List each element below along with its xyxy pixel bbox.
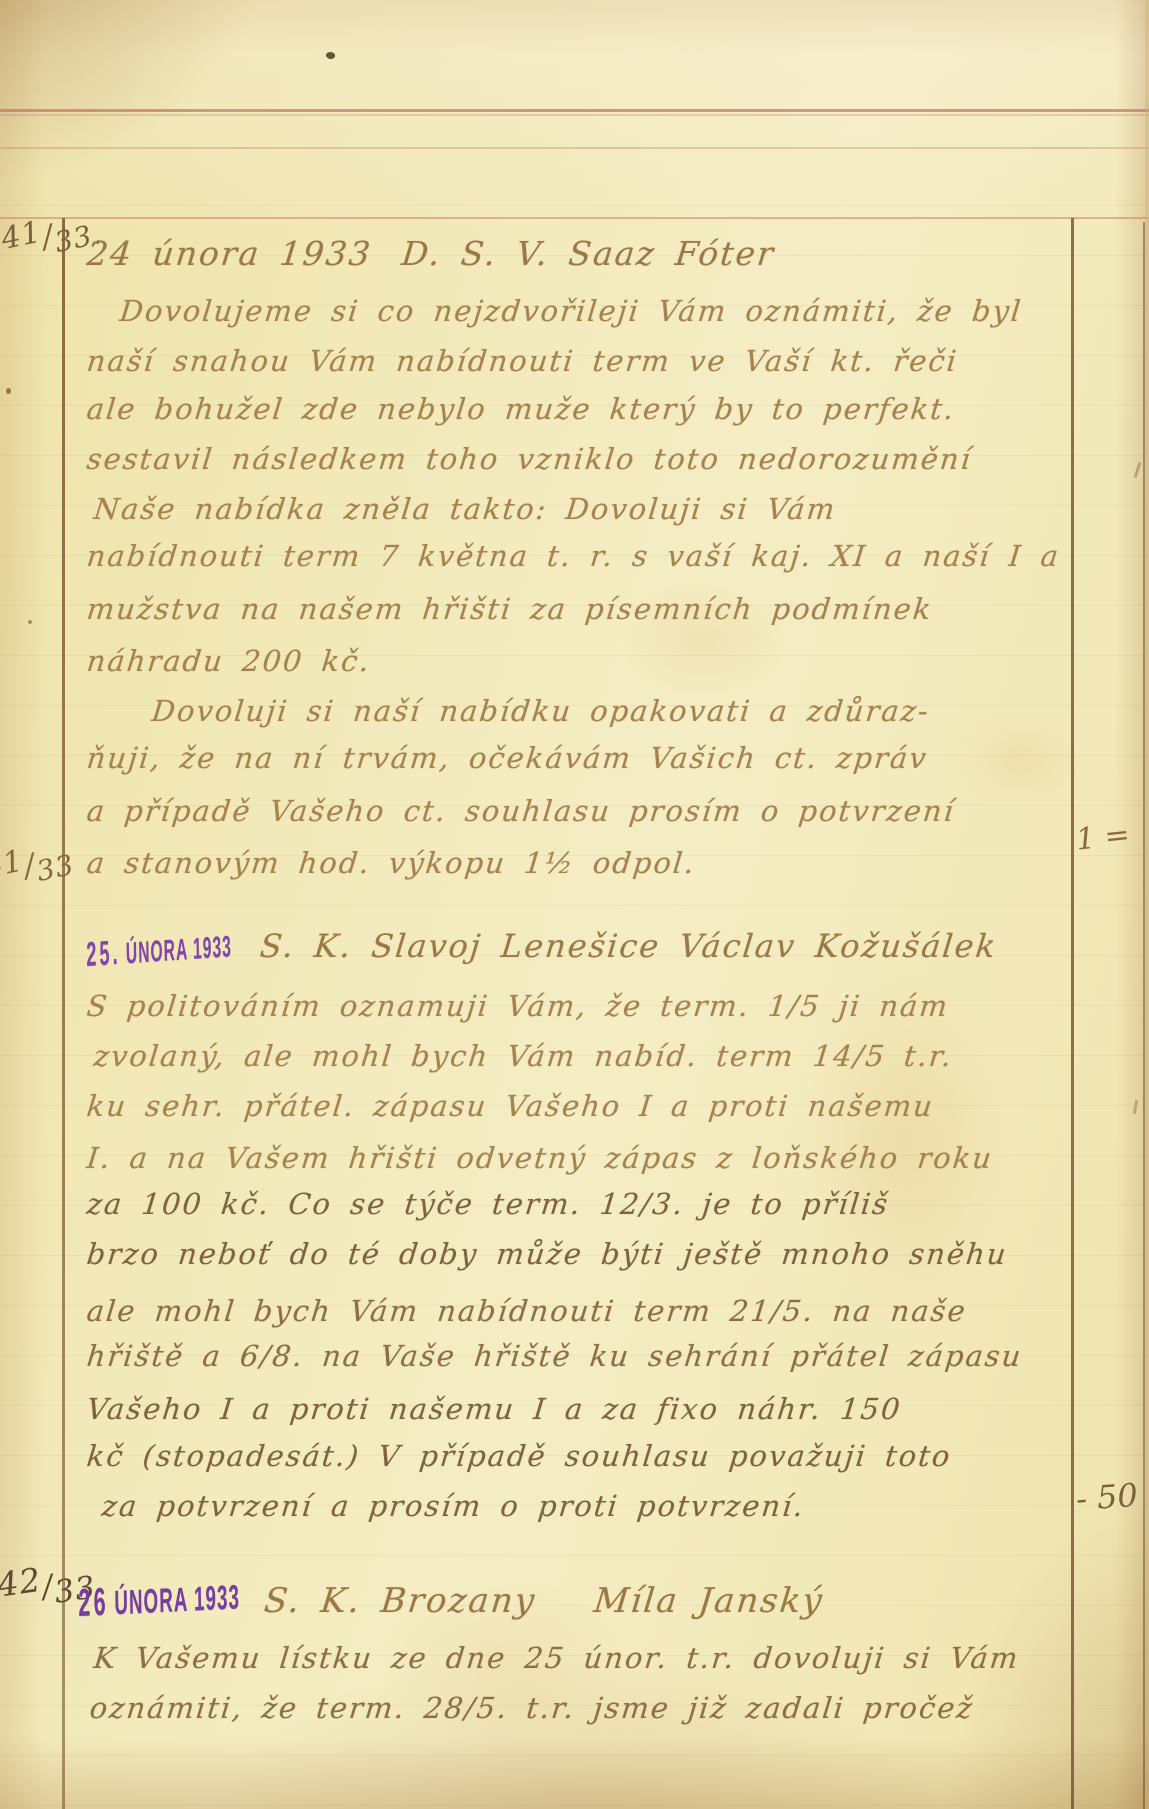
handwritten-line: naší snahou Vám nabídnouti term ve Vaší … [85, 343, 960, 379]
handwritten-line: za 100 kč. Co se týče term. 12/3. je to … [85, 1186, 891, 1222]
top-rule-line [0, 109, 1149, 112]
handwritten-line: zvolaný, ale mohl bych Vám nabíd. term 1… [92, 1038, 955, 1074]
entry3-heading-line: S. K. BrozanyMíla Janský [262, 1580, 826, 1623]
stamp-day: 25. [86, 934, 121, 974]
paper-top-tint [0, 0, 1149, 225]
handwritten-line: hřiště a 6/8. na Vaše hřiště ku sehrání … [85, 1338, 1024, 1374]
handwritten-line: S politováním oznamuji Vám, že term. 1/5… [85, 988, 951, 1024]
entry3-person: Míla Janský [592, 1581, 826, 1621]
entry1-date: 24 února 1933 [85, 234, 374, 273]
date-stamp-26-unora-1933: 26ÚNORA 1933 [78, 1574, 240, 1626]
handwritten-line: za potvrzení a prosím o proti potvrzení. [100, 1488, 807, 1524]
handwritten-line: a stanovým hod. výkopu 1½ odpol. [85, 845, 697, 881]
handwritten-line: sestavil následkem toho vzniklo toto ned… [85, 441, 974, 477]
second-rule-line [0, 147, 1149, 149]
top-rule-line-shadow [0, 114, 1149, 116]
edge-pen-mark [1133, 1100, 1138, 1114]
handwritten-line: kč (stopadesát.) V případě souhlasu pova… [85, 1438, 953, 1474]
entry2-heading-line: S. K. Slavoj Lenešice Václav Kožušálek [258, 926, 999, 966]
page-edge-shadow [1145, 0, 1149, 1809]
stamp-month-year: ÚNORA 1933 [114, 1578, 240, 1622]
margin-amount-note: - 50 [1075, 1476, 1139, 1518]
handwritten-line: Vašeho I a proti našemu I a za fixo náhr… [85, 1391, 904, 1427]
right-margin-rule [1071, 218, 1074, 1809]
handwritten-line: I. a na Vašem hřišti odvetný zápas z loň… [85, 1140, 995, 1176]
handwritten-line: nabídnouti term 7 května t. r. s vaší ka… [85, 538, 1062, 574]
handwritten-line: náhradu 200 kč. [85, 643, 373, 679]
ref-numerator: 42 [0, 1560, 44, 1605]
ledger-page: 41/33. 24 února 1933D. S. V. Saaz Fóter … [0, 0, 1149, 1809]
entry1-recipient: D. S. V. Saaz Fóter [400, 234, 777, 273]
handwritten-line: Dovolujeme si co nejzdvořileji Vám oznám… [118, 293, 1024, 329]
handwritten-line: Dovoluji si naší nabídku opakovati a zdů… [150, 693, 932, 729]
handwritten-line: mužstva na našem hřišti za písemních pod… [85, 591, 934, 627]
ink-speck [6, 388, 11, 394]
handwritten-line: ale bohužel zde nebylo muže který by to … [85, 391, 957, 427]
header-rule-line [0, 217, 1149, 219]
handwritten-line: brzo neboť do té doby může býti ještě mn… [85, 1236, 1009, 1272]
entry1-heading-line: 24 února 1933D. S. V. Saaz Fóter [85, 233, 777, 274]
handwritten-line: a případě Vašeho ct. souhlasu prosím o p… [85, 793, 957, 829]
entry3-club: S. K. Brozany [262, 1581, 538, 1621]
stamp-month-year: ÚNORA 1933 [126, 930, 233, 970]
ink-speck [28, 620, 32, 624]
handwritten-line: oznámiti, že term. 28/5. t.r. jsme již z… [88, 1690, 976, 1726]
handwritten-line: ku sehr. přátel. zápasu Vašeho I a proti… [85, 1088, 936, 1124]
ref-denominator: 33 [34, 848, 78, 888]
edge-pen-mark [1134, 462, 1142, 478]
handwritten-line: ňuji, že na ní trvám, očekávám Vašich ct… [85, 740, 930, 776]
entry2-recipient: S. K. Slavoj Lenešice Václav Kožušálek [258, 927, 999, 965]
margin-amount-note: 1 = [1074, 817, 1131, 857]
stamp-day: 26 [78, 1581, 109, 1625]
handwritten-line: K Vašemu lístku ze dne 25 únor. t.r. dov… [92, 1640, 1021, 1676]
handwritten-line: Naše nabídka zněla takto: Dovoluji si Vá… [92, 491, 838, 527]
handwritten-line: ale mohl bych Vám nabídnouti term 21/5. … [85, 1293, 969, 1329]
ink-speck [325, 51, 336, 61]
ref-numerator: 41 [0, 214, 45, 257]
date-stamp-25-unora-1933: 25.ÚNORA 1933 [86, 926, 232, 975]
